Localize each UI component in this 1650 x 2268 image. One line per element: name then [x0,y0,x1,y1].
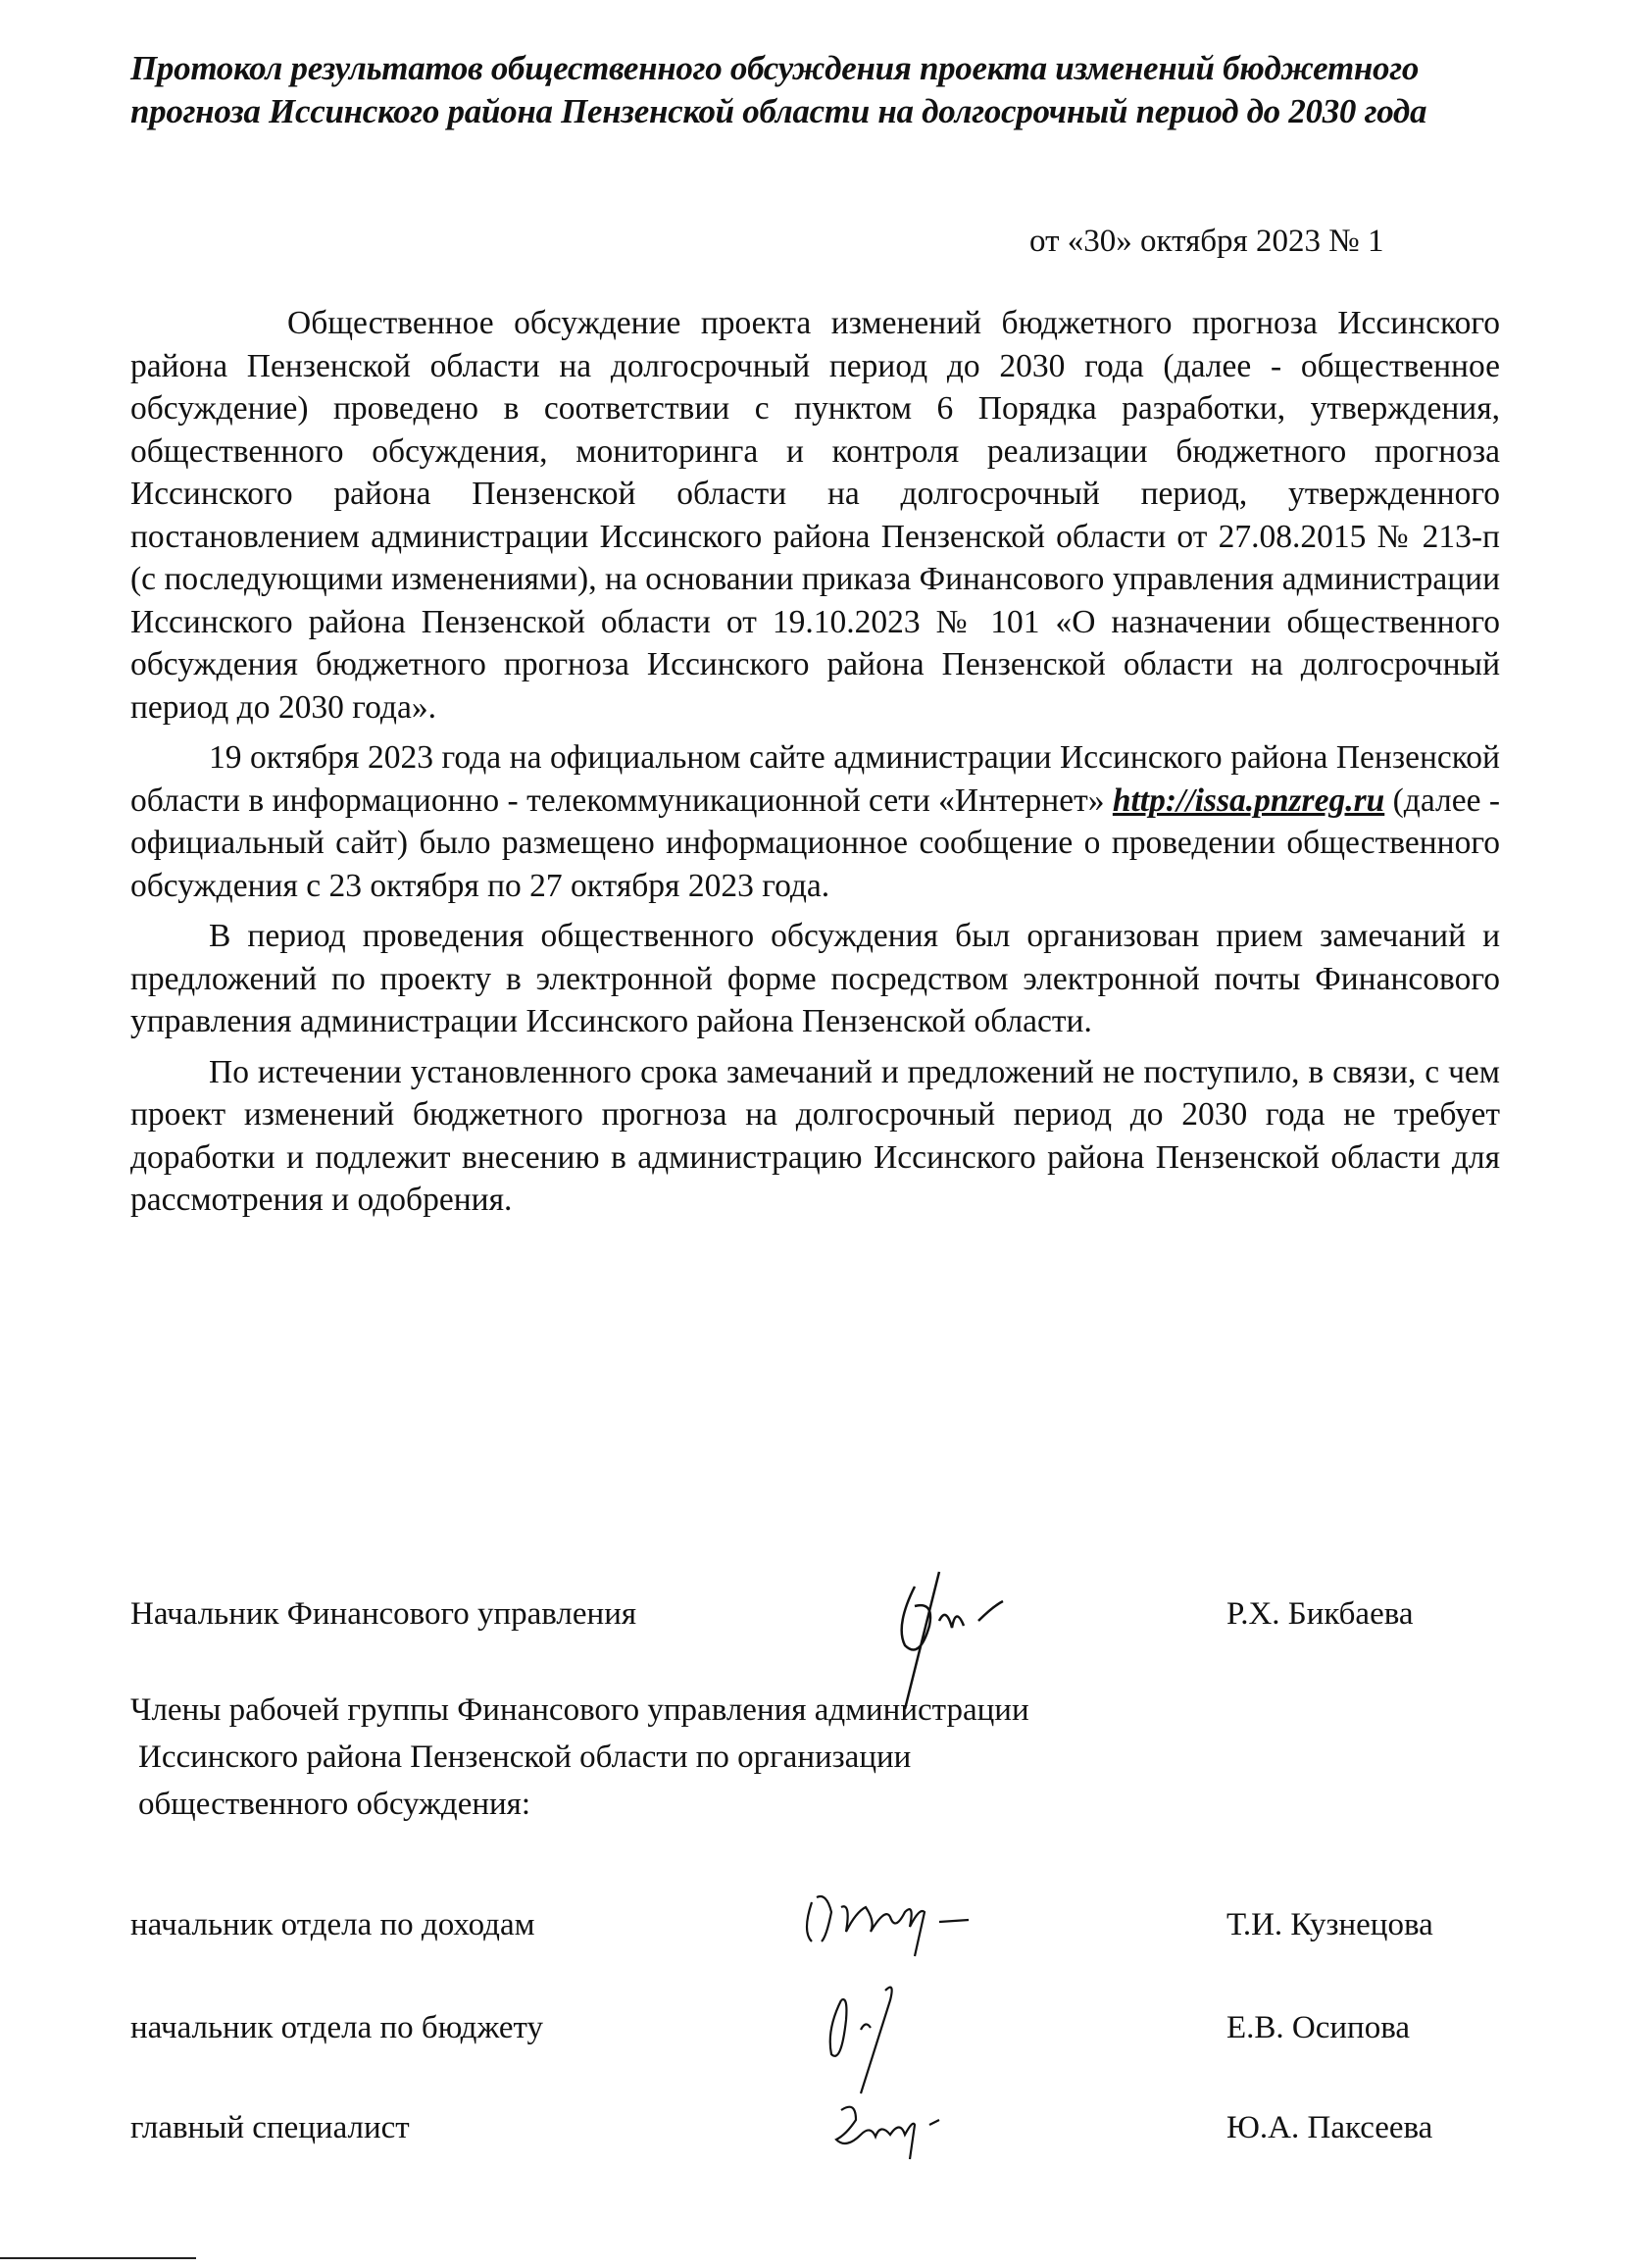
footer-rule [0,2257,196,2259]
member-name: Е.В. Осипова [1226,2010,1410,2046]
member-name: Т.И. Кузнецова [1226,1907,1433,1943]
document-date-number: от «30» октября 2023 № 1 [1029,224,1383,260]
paragraph-3: В период проведения общественного обсужд… [130,915,1500,1043]
member-position: начальник отдела по доходам [130,1907,534,1943]
member-position: главный специалист [130,2110,410,2146]
official-site-link[interactable]: http://issa.pnzreg.ru [1113,782,1384,819]
working-group-heading-line-3: общественного обсуждения: [130,1781,1029,1828]
working-group-heading: Члены рабочей группы Финансового управле… [130,1687,1029,1828]
signature-osipova-icon [817,1971,964,2098]
document-title: Протокол результатов общественного обсуж… [130,47,1483,133]
working-group-heading-line-2: Иссинского района Пензенской области по … [130,1734,1029,1781]
paragraph-2: 19 октября 2023 года на официальном сайт… [130,736,1500,907]
signature-pakseeva-icon [826,2095,974,2164]
member-position: начальник отдела по бюджету [130,2010,543,2046]
head-name: Р.Х. Бикбаева [1226,1596,1414,1633]
paragraph-1: Общественное обсуждение проекта изменени… [130,302,1500,729]
head-position: Начальник Финансового управления [130,1596,636,1633]
paragraph-4: По истечении установленного срока замеча… [130,1051,1500,1222]
signature-kuznetsova-icon [797,1883,1023,1961]
working-group-heading-line-1: Члены рабочей группы Финансового управле… [130,1687,1029,1734]
document-body: Общественное обсуждение проекта изменени… [130,302,1500,1222]
member-name: Ю.А. Паксеева [1226,2110,1432,2146]
